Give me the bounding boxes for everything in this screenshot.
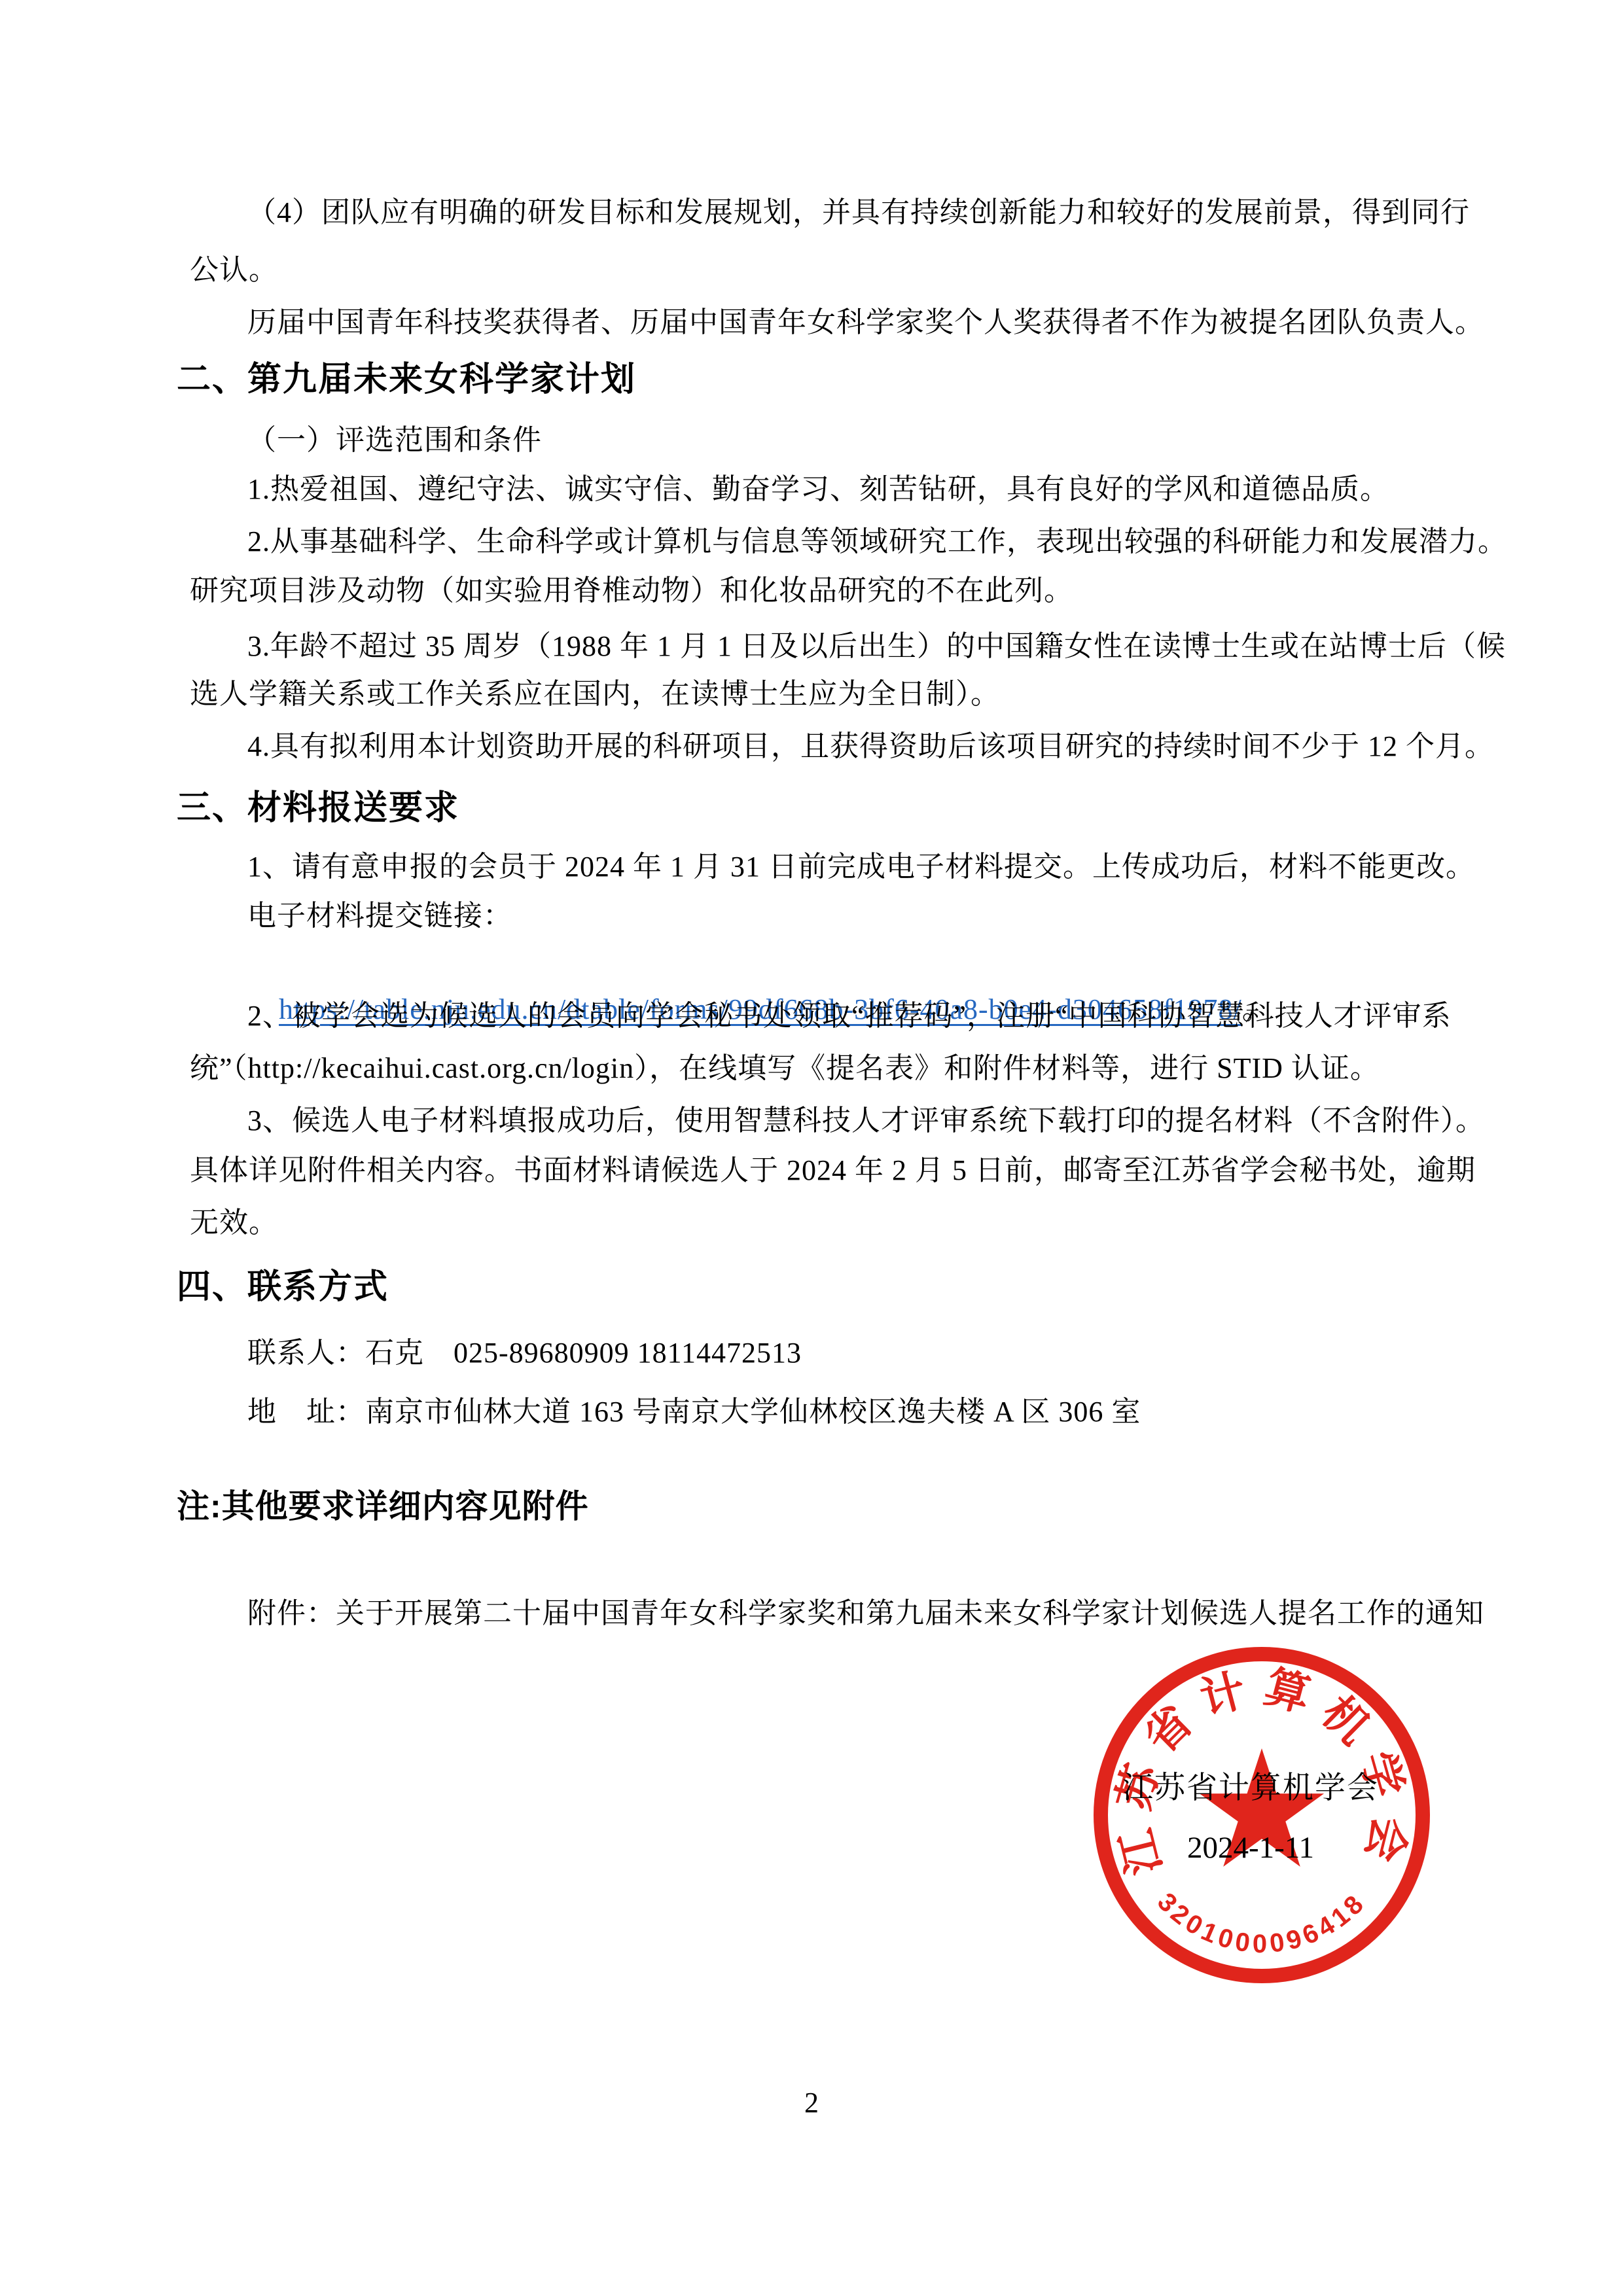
paragraph-line: 电子材料提交链接： [247, 896, 512, 936]
section-heading-3: 三、材料报送要求 [177, 788, 459, 828]
contact-address-line: 地 址：南京市仙林大道 163 号南京大学仙林校区逸夫楼 A 区 306 室 [247, 1392, 1141, 1432]
paragraph-line: 4.具有拟利用本计划资助开展的科研项目，且获得资助后该项目研究的持续时间不少于 … [247, 726, 1494, 767]
paragraph-line: 历届中国青年科技奖获得者、历届中国青年女科学家奖个人奖获得者不作为被提名团队负责… [247, 302, 1484, 343]
paragraph-line: 研究项目涉及动物（如实验用脊椎动物）和化妆品研究的不在此列。 [190, 571, 1073, 611]
paragraph-line: 2.从事基础科学、生命科学或计算机与信息等领域研究工作，表现出较强的科研能力和发… [247, 521, 1507, 562]
section-heading-4: 四、联系方式 [177, 1267, 389, 1307]
paragraph-line: 1.热爱祖国、遵纪守法、诚实守信、勤奋学习、刻苦钻研，具有良好的学风和道德品质。 [247, 469, 1389, 510]
official-seal-stamp: 江苏省计算机学会 3201000096418 [1079, 1632, 1445, 1998]
paragraph-line: 选人学籍关系或工作关系应在国内，在读博士生应为全日制）。 [190, 674, 1000, 715]
seal-serial-number: 3201000096418 [1152, 1888, 1372, 1958]
paragraph-line: 2、被学会选为候选人的会员向学会秘书处领取“推荐码”，注册“中国科协智慧科技人才… [247, 996, 1452, 1036]
document-page: （4）团队应有明确的研发目标和发展规划，并具有持续创新能力和较好的发展前景，得到… [0, 0, 1623, 2296]
attachment-line: 附件：关于开展第二十届中国青年女科学家奖和第九届未来女科学家计划候选人提名工作的… [247, 1593, 1484, 1634]
paragraph-line: 统”（http://kecaihui.cast.org.cn/login），在线… [190, 1048, 1380, 1089]
page-number: 2 [0, 2086, 1623, 2119]
paragraph-line: 3.年龄不超过 35 周岁（1988 年 1 月 1 日及以后出生）的中国籍女性… [247, 626, 1506, 667]
paragraph-line: 1、请有意申报的会员于 2024 年 1 月 31 日前完成电子材料提交。上传成… [247, 847, 1475, 887]
paragraph-line: 公认。 [190, 250, 278, 291]
svg-text:3201000096418: 3201000096418 [1152, 1888, 1372, 1958]
contact-person-line: 联系人：石克 025-89680909 18114472513 [247, 1333, 802, 1373]
paragraph-line: （4）团队应有明确的研发目标和发展规划，并具有持续创新能力和较好的发展前景，得到… [247, 192, 1470, 233]
paragraph-line: 3、候选人电子材料填报成功后，使用智慧科技人才评审系统下载打印的提名材料（不含附… [247, 1101, 1485, 1141]
paragraph-line: 具体详见附件相关内容。书面材料请候选人于 2024 年 2 月 5 日前，邮寄至… [190, 1150, 1476, 1191]
note-line: 注:其他要求详细内容见附件 [177, 1486, 589, 1527]
seal-star-icon [1200, 1748, 1324, 1867]
section-heading-2: 二、第九届未来女科学家计划 [177, 359, 636, 400]
paragraph-line: 无效。 [190, 1203, 278, 1243]
paragraph-line: （一）评选范围和条件 [247, 420, 542, 461]
